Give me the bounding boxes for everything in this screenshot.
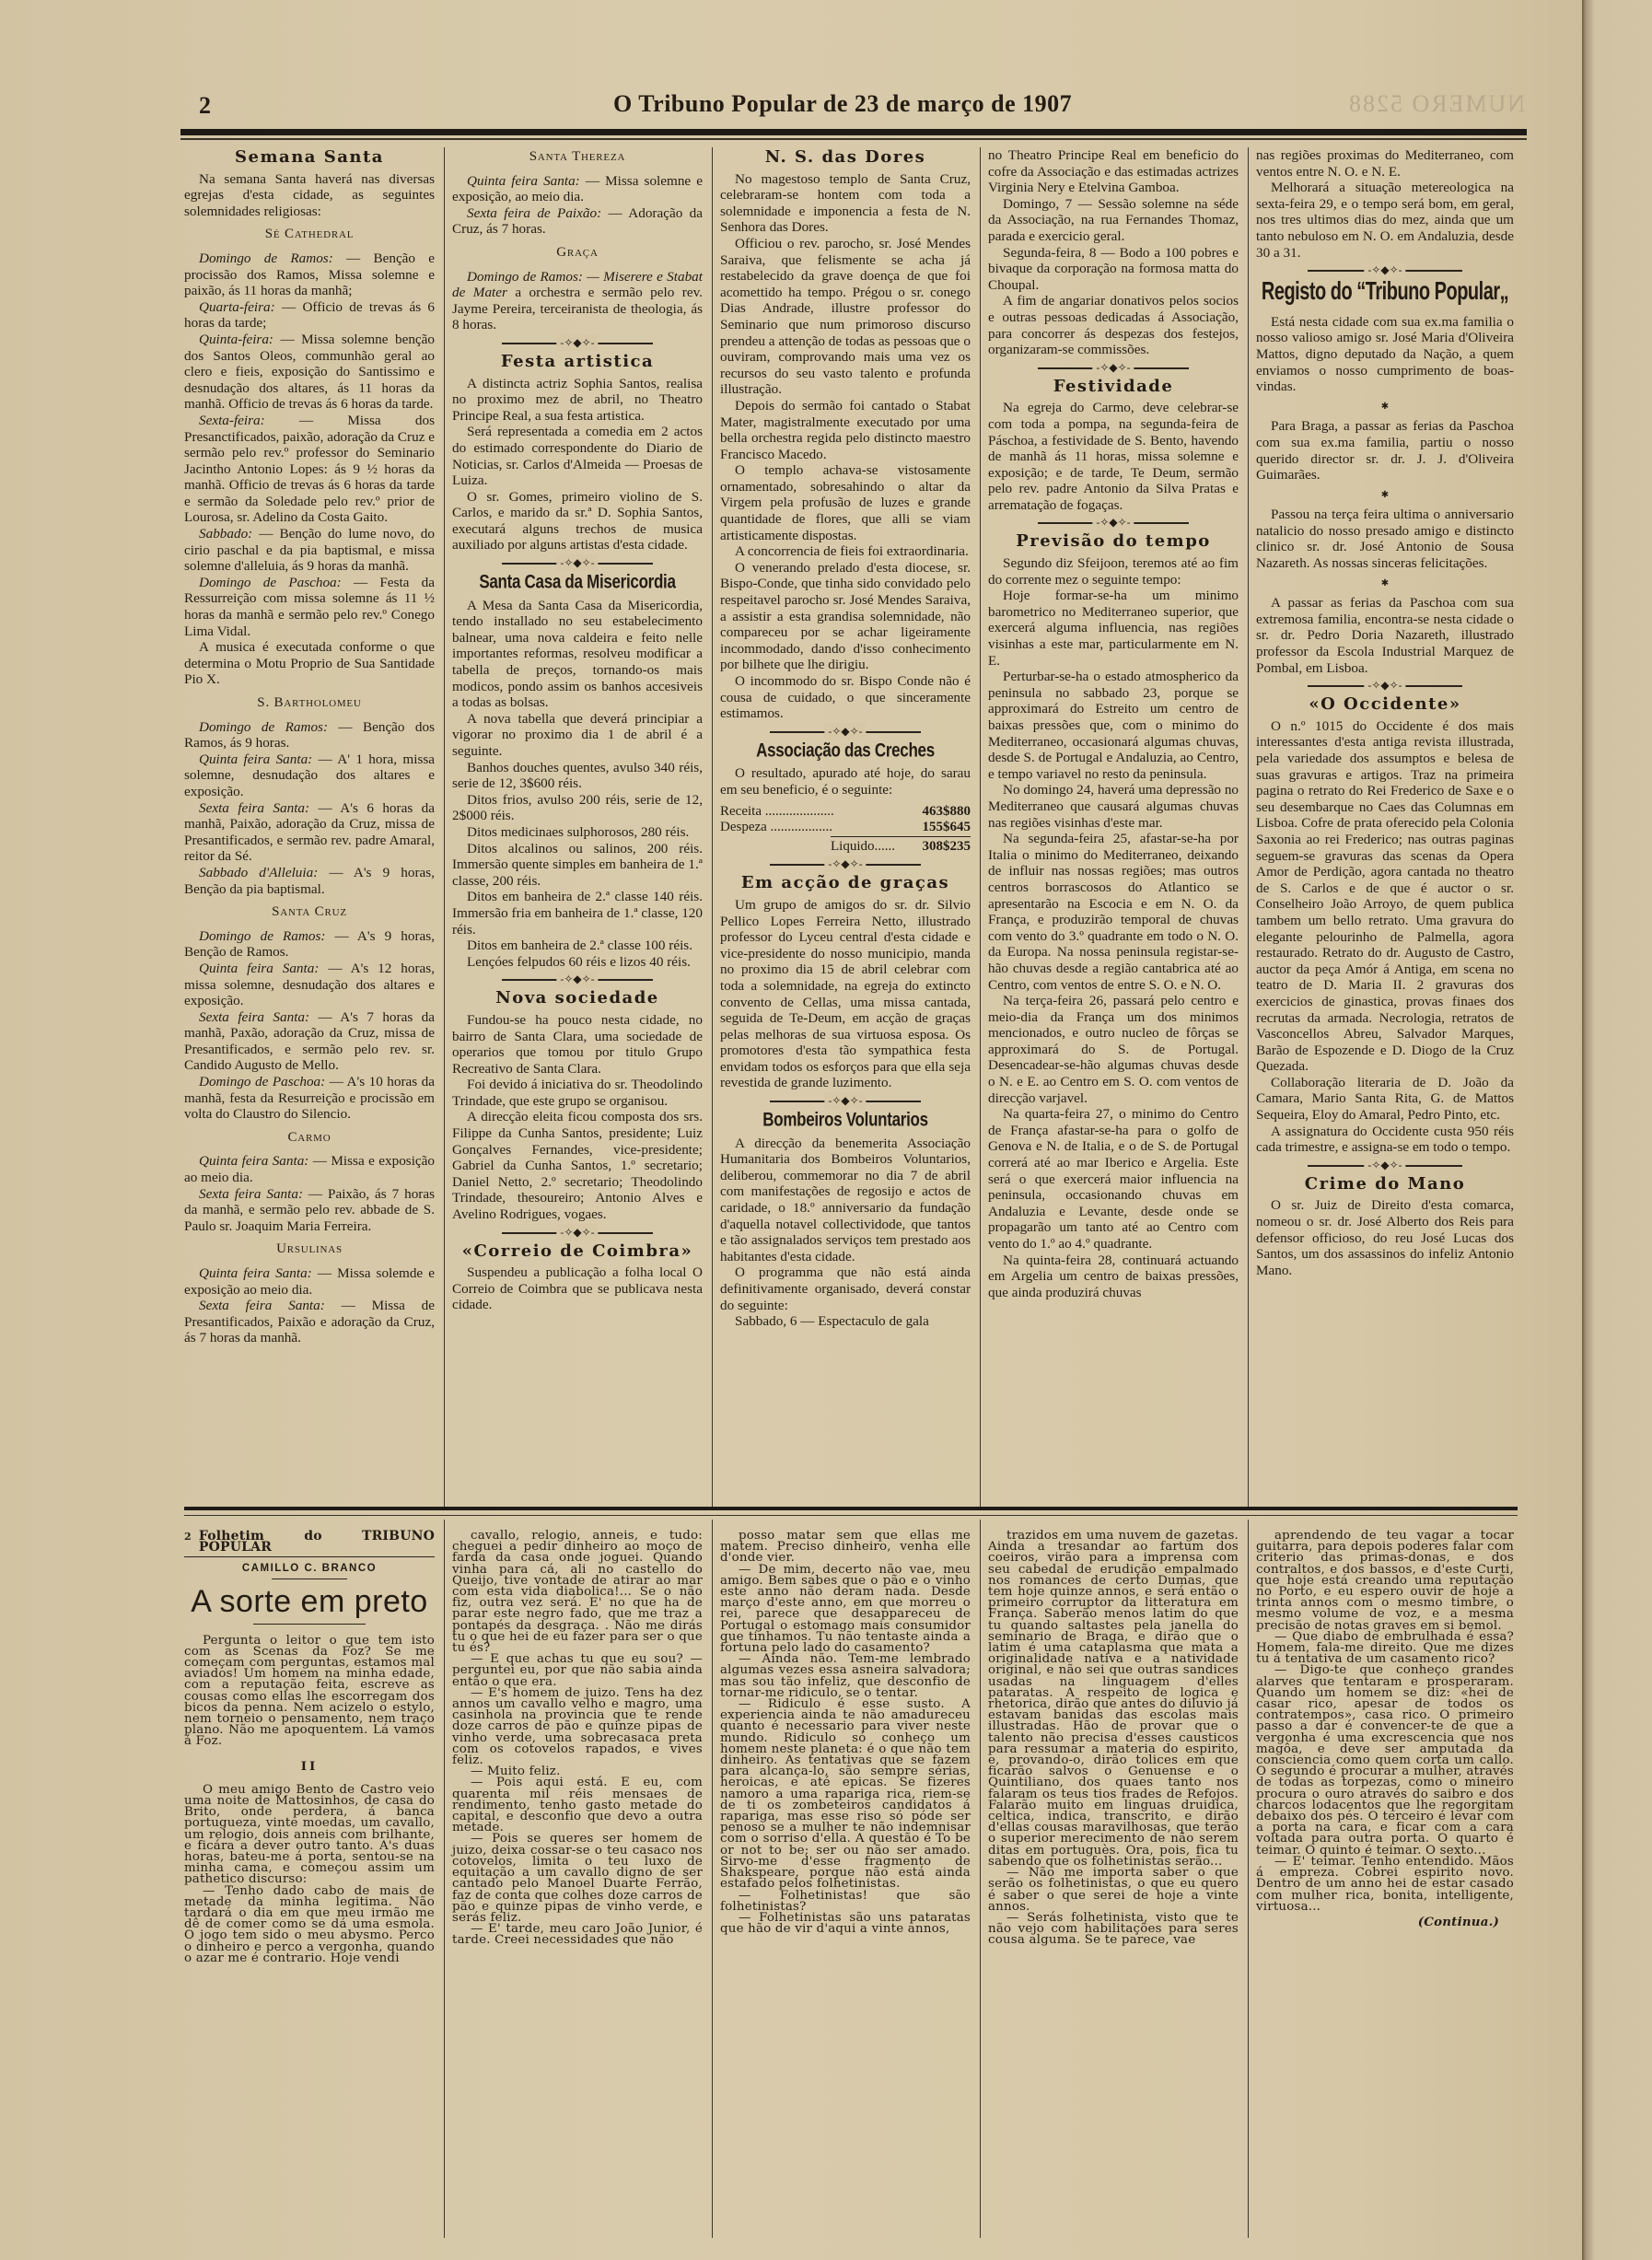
paragraph: A assignatura do Occidente custa 950 réi… [1256, 1124, 1514, 1156]
folhetim-column-1: 2 Folhetim do TRIBUNO POPULAR CAMILLO C.… [184, 1531, 435, 1964]
subheading: Ursulinas [184, 1241, 435, 1258]
paragraph: aprendendo de teu vagar a tocar guitarra… [1256, 1531, 1514, 1632]
paragraph: — Pois aqui está. E eu, com quarenta mil… [452, 1777, 703, 1834]
paragraph: O n.º 1015 do Occidente é dos mais inter… [1256, 718, 1514, 1075]
paragraph: — E' teimar. Tenho entendido. Mãos á emp… [1256, 1857, 1514, 1913]
social-note: Passou na terça feira ultima o anniversa… [1256, 507, 1514, 571]
page-number: 2 [199, 92, 211, 120]
price-item: Ditos em banheira de 2.ª classe 140 réis… [452, 889, 703, 938]
schedule-item: Quinta-feira: — Missa solemne benção dos… [184, 332, 435, 413]
price-item: Ditos medicinaes sulphorosos, 280 réis. [452, 824, 703, 841]
paragraph: O venerando prelado d'esta diocese, sr. … [720, 560, 971, 673]
paragraph: A concorrencia de fieis foi extraordinar… [720, 543, 971, 560]
column-rule [712, 1520, 713, 2238]
ornamental-divider: -✧◆✧- [1308, 1161, 1462, 1171]
paragraph: A direcção da benemerita Associação Huma… [720, 1136, 971, 1265]
column-rule [1248, 1520, 1249, 2238]
section-title: «Correio de Coimbra» [452, 1243, 703, 1260]
accounts-total: Liquido......308$235 [831, 836, 971, 856]
column-rule [980, 147, 981, 1510]
subheading: Sé Cathedral [184, 227, 435, 243]
ornamental-divider: -✧◆✧- [770, 860, 920, 869]
paragraph: Na egreja do Carmo, deve celebrar-se com… [988, 400, 1239, 513]
schedule-item: Sexta feira de Paixão: — Adoração da Cru… [452, 205, 703, 238]
schedule-item: Domingo de Paschoa: — Festa da Ressurrei… [184, 575, 435, 639]
schedule-item: Sabbado d'Alleluia: — A's 9 horas, Bençã… [184, 865, 435, 897]
ornamental-divider: -✧◆✧- [502, 559, 652, 568]
subheading: Santa Thereza [452, 149, 703, 166]
paragraph: — Ainda não. Tem-me lembrado algumas vez… [720, 1654, 971, 1699]
section-title: «O Occidente» [1256, 696, 1514, 713]
folhetim-column-4: trazidos em uma nuvem de gazetas. Ainda … [988, 1531, 1239, 1947]
paragraph: O sr. Juiz de Direito d'esta comarca, no… [1256, 1197, 1514, 1278]
ornamental-divider: -✧◆✧- [1038, 364, 1188, 373]
paragraph: O sr. Gomes, primeiro violino de S. Carl… [452, 489, 703, 553]
ornamental-divider: -✧◆✧- [1308, 681, 1462, 691]
column-4: no Theatro Principe Real em beneficio do… [988, 147, 1239, 1300]
page-header: 2 O Tribuno Popular de 23 de março de 19… [180, 88, 1525, 122]
schedule-item: Sexta feira Santa: — Paixão, ás 7 horas … [184, 1186, 435, 1235]
section-title: N. S. das Dores [720, 149, 971, 166]
folhetim-column-2: cavallo, relogio, anneis, e tudo: chegue… [452, 1531, 703, 1947]
social-note: Está nesta cidade com sua ex.ma familia … [1256, 314, 1514, 395]
header-rule [180, 129, 1527, 135]
subheading: Santa Cruz [184, 904, 435, 921]
paragraph: — E que achas tu que eu sou? — perguntei… [452, 1654, 703, 1688]
paragraph: O templo achava-se vistosamente ornament… [720, 462, 971, 543]
section-title: Registo do “Tribuno Popular„ [1256, 282, 1514, 305]
paragraph: Fundou-se ha pouco nesta cidade, no bair… [452, 1012, 703, 1077]
chapter-number: II [184, 1761, 435, 1772]
ornamental-divider: -✧◆✧- [502, 975, 652, 984]
subheading: Carmo [184, 1130, 435, 1147]
schedule-item: Quinta feira Santa: — Missa e exposição … [184, 1153, 435, 1185]
section-title: Em acção de graças [720, 875, 971, 891]
section-title: Festividade [988, 379, 1239, 395]
header-rule-thin [180, 138, 1527, 140]
price-item: Banhos douches quentes, avulso 340 réis,… [452, 760, 703, 792]
continued-note: (Continua.) [1256, 1916, 1514, 1928]
paragraph: A distincta actriz Sophia Santos, realis… [452, 376, 703, 425]
schedule-item: Domingo de Paschoa: — A's 10 horas da ma… [184, 1074, 435, 1123]
paragraph: Segunda-feira, 8 — Bodo a 100 pobres e b… [988, 245, 1239, 294]
folhetim-column-5: aprendendo de teu vagar a tocar guitarra… [1256, 1531, 1514, 1928]
section-title: Santa Casa da Misericordia [452, 572, 703, 592]
schedule-item: Sabbado: — Benção do lume novo, do cirio… [184, 526, 435, 575]
paragraph: cavallo, relogio, anneis, e tudo: chegue… [452, 1531, 703, 1654]
schedule-item: Quinta feira Santa: — A's 12 horas, miss… [184, 961, 435, 1009]
ornamental-divider: -✧◆✧- [770, 728, 920, 737]
paragraph: O programma que não está ainda definitiv… [720, 1264, 971, 1313]
schedule-item: Domingo de Ramos: — A's 9 horas, Benção … [184, 928, 435, 961]
accounts-row: Receita ....................463$880 [720, 804, 971, 821]
accounts-table: Receita ....................463$880 Desp… [720, 804, 971, 856]
paragraph: O resultado, apurado até hoje, do sarau … [720, 765, 971, 798]
subheading: Graça [452, 245, 703, 262]
book-gutter [1582, 0, 1652, 2260]
bleed-through-text: NUMERO 5288 [1347, 90, 1525, 118]
paragraph: trazidos em uma nuvem de gazetas. Ainda … [988, 1531, 1239, 1868]
column-3: N. S. das Dores No magestoso templo de S… [720, 147, 971, 1330]
schedule-item: Domingo de Ramos: — Benção e procissão d… [184, 250, 435, 299]
schedule-item: Quinta feira Santa: — Missa solemne e ex… [452, 173, 703, 205]
schedule-item: Domingo de Ramos: — Miserere e Stabat de… [452, 269, 703, 333]
column-rule [444, 147, 445, 1510]
section-title: Previsão do tempo [988, 533, 1239, 550]
paragraph: — De mim, decerto não vae, meu amigo. Be… [720, 1565, 971, 1655]
schedule-item: Quinta feira Santa: — Missa solemde e ex… [184, 1265, 435, 1298]
paragraph: — E' tarde, meu caro João Junior, é tard… [452, 1924, 703, 1946]
accounts-row: Despeza ..................155$645 [720, 820, 971, 836]
folhetim-rule-thin [184, 1515, 1518, 1516]
schedule-item: Sexta feira Santa: — A's 6 horas da manh… [184, 800, 435, 865]
paragraph: posso matar sem que ellas me matem. Prec… [720, 1531, 971, 1565]
ornamental-divider: -✧◆✧- [1308, 266, 1462, 275]
paragraph: O meu amigo Bento de Castro veio uma noi… [184, 1785, 435, 1886]
paragraph: Na semana Santa haverá nas diversas egre… [184, 171, 435, 220]
paragraph: — Digo-te que conheço grandes alarves qu… [1256, 1665, 1514, 1856]
paragraph: No magestoso templo de Santa Cruz, celeb… [720, 171, 971, 236]
star-separator-icon: ✱ [1256, 487, 1514, 504]
paragraph: — Ridiculo é esse susto. A experiencia a… [720, 1699, 971, 1890]
schedule-item: Domingo de Ramos: — Benção dos Ramos, ás… [184, 719, 435, 751]
paragraph: — Folhetinistas! que são folhetinistas? [720, 1891, 971, 1913]
paragraph: Depois do sermão foi cantado o Stabat Ma… [720, 398, 971, 462]
paragraph: — E's homem de juizo. Tens ha dez annos … [452, 1688, 703, 1766]
section-title: Associação das Creches [720, 740, 971, 761]
section-title: Bombeiros Voluntarios [720, 1110, 971, 1130]
paragraph: Melhorará a situação metereologica na se… [1256, 180, 1514, 261]
folhetim-label: Folhetim do TRIBUNO POPULAR [199, 1531, 435, 1553]
paragraph: — Serás folhetinista, visto que te não v… [988, 1913, 1239, 1947]
subheading: S. Bartholomeu [184, 695, 435, 712]
paragraph: Perturbar-se-ha o estado atmospherico da… [988, 669, 1239, 782]
star-separator-icon: ✱ [1256, 576, 1514, 592]
paragraph: Será representada a comedia em 2 actos d… [452, 424, 703, 488]
paragraph: Domingo, 7 — Sessão solemne na séde da A… [988, 196, 1239, 245]
paragraph: Na terça-feira 26, passará pelo centro e… [988, 993, 1239, 1106]
paragraph: A musica é executada conforme o que dete… [184, 639, 435, 688]
paragraph: Na quinta-feira 28, continuará actuando … [988, 1252, 1239, 1301]
column-rule [444, 1520, 445, 2238]
folhetim-column-3: posso matar sem que ellas me matem. Prec… [720, 1531, 971, 1935]
paragraph: Pergunta o leitor o que tem isto com as … [184, 1636, 435, 1748]
paragraph: no Theatro Principe Real em beneficio do… [988, 147, 1239, 196]
column-rule [1248, 147, 1249, 1510]
schedule-item: Sexta feira Santa: — Missa de Presantifi… [184, 1298, 435, 1346]
paragraph: Foi devido á iniciativa do sr. Theodolin… [452, 1077, 703, 1109]
column-1: Semana Santa Na semana Santa haverá nas … [184, 147, 435, 1346]
paragraph: nas regiões proximas do Mediterraneo, co… [1256, 147, 1514, 180]
column-rule [712, 147, 713, 1510]
paragraph: Hoje formar-se-ha um minimo barometrico … [988, 588, 1239, 669]
price-item: Ditos frios, avulso 200 réis, serie de 1… [452, 792, 703, 824]
paragraph: O incommodo do sr. Bispo Conde não é cou… [720, 673, 971, 722]
paragraph: A direcção eleita ficou composta dos srs… [452, 1109, 703, 1222]
social-note: A passar as ferias da Paschoa com sua ex… [1256, 595, 1514, 676]
price-item: Ditos alcalinos ou salinos, 200 réis. Im… [452, 841, 703, 890]
paragraph: — Tenho dado cabo de mais de metade da m… [184, 1886, 435, 1964]
column-5: nas regiões proximas do Mediterraneo, co… [1256, 147, 1514, 1278]
paragraph: A nova tabella que deverá principiar a v… [452, 711, 703, 760]
paragraph: Segundo diz Sfeijoon, teremos até ao fim… [988, 555, 1239, 588]
folhetim-author: CAMILLO C. BRANCO [184, 1563, 435, 1574]
column-rule [980, 1520, 981, 2238]
section-title: Nova sociedade [452, 990, 703, 1007]
running-title: O Tribuno Popular de 23 de março de 1907 [613, 90, 1072, 118]
short-rule [272, 1579, 347, 1579]
paragraph: — Não me importa saber o que serão os fo… [988, 1868, 1239, 1913]
paragraph: — Folhetinistas são uns pataratas que hã… [720, 1913, 971, 1935]
ornamental-divider: -✧◆✧- [502, 1229, 652, 1238]
paragraph: Sabbado, 6 — Espectaculo de gala [720, 1313, 971, 1330]
paragraph: Officiou o rev. parocho, sr. José Mendes… [720, 236, 971, 398]
paragraph: No domingo 24, haverá uma depressão no M… [988, 782, 1239, 831]
short-rule [253, 1624, 366, 1625]
folhetim-number: 2 [184, 1532, 192, 1543]
paragraph: Suspendeu a publicação a folha local O C… [452, 1264, 703, 1313]
social-note: Para Braga, a passar as ferias da Pascho… [1256, 418, 1514, 483]
ornamental-divider: -✧◆✧- [1038, 518, 1188, 528]
schedule-item: Sexta-feira: — Missa dos Presanctificado… [184, 413, 435, 526]
column-2: Santa Thereza Quinta feira Santa: — Miss… [452, 147, 703, 1313]
schedule-item: Quarta-feira: — Officio de trevas ás 6 h… [184, 299, 435, 332]
schedule-item: Quinta feira Santa: — A' 1 hora, missa s… [184, 751, 435, 800]
price-item: Lençóes felpudos 60 réis e lizos 40 réis… [452, 954, 703, 971]
paragraph: A Mesa da Santa Casa da Misericordia, te… [452, 598, 703, 711]
paragraph: — Pois se queres ser homem de juizo, dei… [452, 1834, 703, 1924]
paragraph: Um grupo de amigos do sr. dr. Silvio Pel… [720, 897, 971, 1091]
section-title: Semana Santa [184, 149, 435, 166]
folhetim-title: A sorte em preto [184, 1583, 435, 1620]
ornamental-divider: -✧◆✧- [502, 339, 652, 348]
star-separator-icon: ✱ [1256, 399, 1514, 415]
section-title: Crime do Mano [1256, 1176, 1514, 1193]
ornamental-divider: -✧◆✧- [770, 1097, 920, 1106]
paragraph: Collaboração literaria de D. João da Cam… [1256, 1075, 1514, 1124]
paragraph: — Que diabo de embrulhada é essa? Homem,… [1256, 1632, 1514, 1666]
paragraph: Na segunda-feira 25, afastar-se-ha por I… [988, 831, 1239, 993]
price-item: Ditos em banheira de 2.ª classe 100 réis… [452, 938, 703, 954]
schedule-item: Sexta feira Santa: — A's 7 horas da manh… [184, 1009, 435, 1074]
folhetim-header: 2 Folhetim do TRIBUNO POPULAR [184, 1531, 435, 1557]
paragraph: Na quarta-feira 27, o minimo do Centro d… [988, 1106, 1239, 1252]
folhetim-rule [184, 1507, 1518, 1510]
paragraph: A fim de angariar donativos pelos socios… [988, 293, 1239, 357]
section-title: Festa artistica [452, 354, 703, 370]
